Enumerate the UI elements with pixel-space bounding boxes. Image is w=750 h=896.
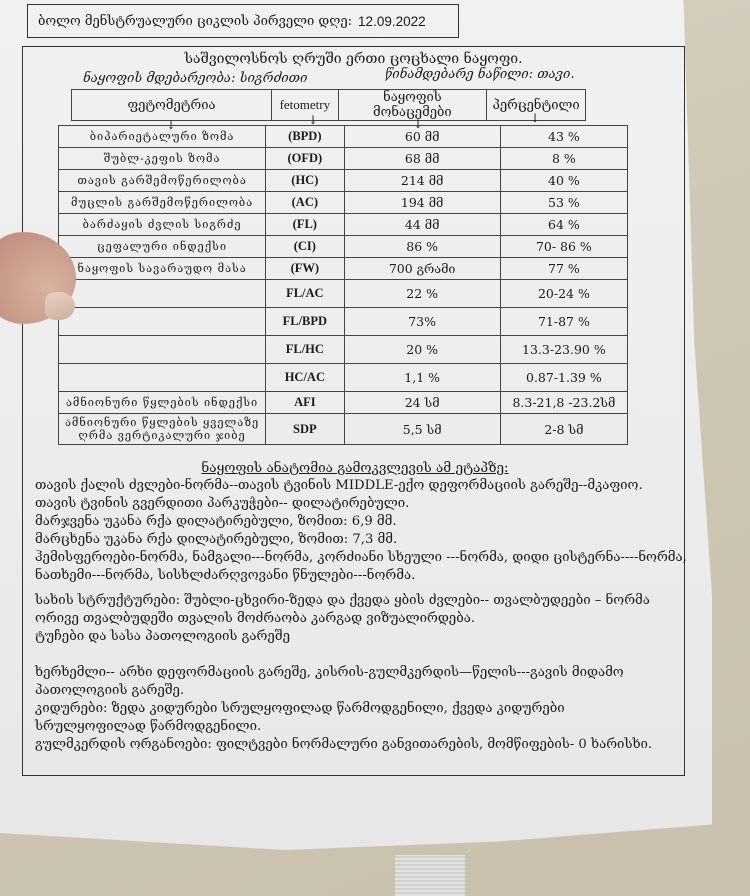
measurement-name: ამნიონური წყლების ყველაზე ღრმა ვერტიკალუ… [59,414,266,445]
measurement-abbr: FL/HC [266,336,344,364]
measurement-value: 214 მმ [344,170,500,192]
report-title: საშვილოსნოს ღრუში ერთი ცოცხალი ნაყოფი. [23,51,684,67]
table-row: ამნიონური წყლების ყველაზე ღრმა ვერტიკალუ… [59,414,628,445]
anatomy-section: ნაყოფის ანატომია გამოკვლევის ამ ეტაპზე: … [35,459,675,585]
text-line: ტუჩები და სასა პათოლოგიის გარეშე [35,628,650,646]
header-fetometry-en: fetometry [272,90,339,121]
text-line: სრულყოფილად წარმოდგენილი. [35,718,652,736]
text-line: მარჯვენა უკანა რქა დილატირებული, ზომით: … [35,513,675,531]
measurement-abbr: (AC) [266,192,344,214]
measurement-percentile: 20-24 % [500,280,627,308]
measurement-value: 44 მმ [344,214,500,236]
measurement-value: 68 მმ [344,148,500,170]
text-line: ორივე თვალბუდეში თვალის მოძრაობა კარგად … [35,610,650,628]
table-row: მუცლის გარშემოწერილობა(AC)194 მმ53 % [59,192,628,214]
text-line: გულმკერდის ორგანოები: ფილტვები ნორმალური… [35,736,652,754]
face-section: სახის სტრუქტურები: შუბლი-ცხვირი-ზედა და … [35,592,650,646]
lmp-box: ბოლო მენსტრუალური ციკლის პირველი დღე: 12… [27,4,459,38]
measurement-value: 20 % [344,336,500,364]
measurement-percentile: 2-8 სმ [500,414,627,445]
body-section: ხერხემლი-- არხი დეფორმაციის გარეშე, კისრ… [35,664,652,754]
measurement-name [59,280,266,308]
measurement-abbr: FL/BPD [266,308,344,336]
measurement-name: თავის გარშემოწერილობა [59,170,266,192]
table-row: HC/AC1,1 %0.87-1.39 % [59,364,628,392]
measurement-name [59,364,266,392]
measurement-percentile: 70- 86 % [500,236,627,258]
text-line: თავის ქალის ძვლები-ნორმა--თავის ტვინის M… [35,477,675,495]
arrow-down-icon: ↓ [308,115,318,125]
measurement-abbr: FL/AC [266,280,344,308]
table-row: ნაყოფის სავარაუდო მასა(FW)700 გრამი77 % [59,258,628,280]
measurement-name: ბარძაყის ძვლის სიგრძე [59,214,266,236]
measurement-percentile: 0.87-1.39 % [500,364,627,392]
measurement-abbr: (CI) [266,236,344,258]
measurement-name: მუცლის გარშემოწერილობა [59,192,266,214]
measurement-name: შუბლ-კეფის ზომა [59,148,266,170]
measurement-abbr: HC/AC [266,364,344,392]
arrow-down-icon: ↓ [530,113,540,123]
measurement-value: 1,1 % [344,364,500,392]
measurement-percentile: 8.3-21,8 -23.2სმ [500,392,627,414]
measurement-name [59,336,266,364]
text-line: კიდურები: ზედა კიდურები სრულყოფილად წარმ… [35,700,652,718]
anatomy-title: ნაყოფის ანატომია გამოკვლევის ამ ეტაპზე: [35,459,675,477]
measurement-percentile: 64 % [500,214,627,236]
fetometry-header: ფეტომეტრია fetometry ნაყოფის მონაცემები … [71,89,586,121]
measurement-percentile: 77 % [500,258,627,280]
measurement-value: 73% [344,308,500,336]
fingernail [45,292,75,320]
measurement-name [59,308,266,336]
presenting-part: წინამდებარე ნაწილი: თავი. [385,67,575,82]
measurement-value: 24 სმ [344,392,500,414]
measurement-percentile: 13.3-23.90 % [500,336,627,364]
measurement-abbr: SDP [266,414,344,445]
table-row: თავის გარშემოწერილობა(HC)214 მმ40 % [59,170,628,192]
measurement-percentile: 40 % [500,170,627,192]
table-row: ბიპარიეტალური ზომა(BPD)60 მმ43 % [59,126,628,148]
measurement-percentile: 8 % [500,148,627,170]
report-box: საშვილოსნოს ღრუში ერთი ცოცხალი ნაყოფი. ნ… [22,46,685,776]
measurement-value: 700 გრამი [344,258,500,280]
measurement-name: ბიპარიეტალური ზომა [59,126,266,148]
tape [395,855,465,896]
table-row: ბარძაყის ძვლის სიგრძე(FL)44 მმ64 % [59,214,628,236]
measurement-abbr: (BPD) [266,126,344,148]
measurement-abbr: (FW) [266,258,344,280]
measurement-value: 194 მმ [344,192,500,214]
measurement-name: ნაყოფის სავარაუდო მასა [59,258,266,280]
measurement-value: 60 მმ [344,126,500,148]
measurement-percentile: 53 % [500,192,627,214]
measurement-value: 5,5 სმ [344,414,500,445]
measurement-value: 86 % [344,236,500,258]
text-line: პათოლოგიის გარეშე. [35,682,652,700]
measurement-value: 22 % [344,280,500,308]
table-row: FL/AC22 %20-24 % [59,280,628,308]
measurement-abbr: AFI [266,392,344,414]
text-line: ხერხემლი-- არხი დეფორმაციის გარეშე, კისრ… [35,664,652,682]
text-line: მარცხენა უკანა რქა დილატირებული, ზომით: … [35,531,675,549]
fetal-position: ნაყოფის მდებარეობა: სიგრძითი [83,71,307,86]
measurement-name: ცეფალური ინდექსი [59,236,266,258]
lmp-date: 12.09.2022 [358,14,426,29]
measurement-name: ამნიონური წყლების ინდექსი [59,392,266,414]
table-row: ამნიონური წყლების ინდექსიAFI24 სმ8.3-21,… [59,392,628,414]
measurement-percentile: 43 % [500,126,627,148]
table-row: შუბლ-კეფის ზომა(OFD)68 მმ8 % [59,148,628,170]
text-line: ნათხემი---ნორმა, სისხლძარღვოვანი წნულები… [35,567,675,585]
lmp-label: ბოლო მენსტრუალური ციკლის პირველი დღე: [38,14,352,29]
header-fetometry-ka: ფეტომეტრია [72,90,272,121]
measurement-percentile: 71-87 % [500,308,627,336]
fetometry-table: ბიპარიეტალური ზომა(BPD)60 მმ43 %შუბლ-კეფ… [58,125,628,445]
table-row: FL/BPD73%71-87 % [59,308,628,336]
measurement-abbr: (HC) [266,170,344,192]
text-line: სახის სტრუქტურები: შუბლი-ცხვირი-ზედა და … [35,592,650,610]
text-line: ჰემისფეროები-ნორმა, ნამგალი---ნორმა, კორ… [35,549,675,567]
measurement-abbr: (OFD) [266,148,344,170]
table-row: FL/HC20 %13.3-23.90 % [59,336,628,364]
table-row: ცეფალური ინდექსი(CI)86 %70- 86 % [59,236,628,258]
text-line: თავის ტვინის გვერდითი პარკუჭები-- დილატი… [35,495,675,513]
measurement-abbr: (FL) [266,214,344,236]
header-fetal-data: ნაყოფის მონაცემები [338,90,486,121]
